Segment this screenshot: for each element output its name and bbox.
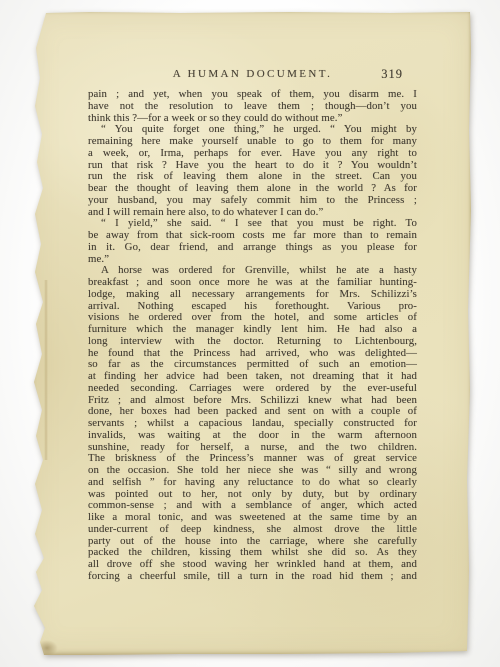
page-title: A HUMAN DOCUMENT. (88, 68, 417, 80)
text-line: on the occasion. She told her niece she … (88, 465, 417, 477)
text-line: needed seconding. Carriages were ordered… (88, 383, 417, 395)
text-line: like a moral tonic, and was sweetened at… (88, 512, 417, 524)
text-line: be away from that sick-room costs me far… (88, 230, 417, 242)
running-head: A HUMAN DOCUMENT. 319 (88, 68, 417, 82)
book-page: A HUMAN DOCUMENT. 319 pain ; and yet, wh… (30, 10, 472, 656)
text-line: all drove off she stood waving her wrink… (88, 559, 417, 571)
text-line: and selfish ” for having any reluctance … (88, 477, 417, 489)
paper-crease (44, 280, 48, 460)
text-line: breakfast ; and soon once more he was at… (88, 277, 417, 289)
text-line: invalids, was waiting at the door in the… (88, 430, 417, 442)
text-line: your husband, you may safely commit him … (88, 195, 417, 207)
text-line: in it. Go, dear friend, and arrange thin… (88, 242, 417, 254)
text-line: pain ; and yet, when you speak of them, … (88, 89, 417, 101)
text-line: a week, or, Irma, perhaps for ever. Have… (88, 148, 417, 160)
text-line: under-current of deep kindness, she almo… (88, 524, 417, 536)
text-line: bear the thought of leaving them alone i… (88, 183, 417, 195)
text-line: servants ; whilst a capacious landau, sp… (88, 418, 417, 430)
text-line: forcing a cheerful smile, till a turn in… (88, 571, 417, 583)
paper-tear-spot (36, 640, 58, 656)
text-line: lodge, making all necessary arrangements… (88, 289, 417, 301)
text-block: A HUMAN DOCUMENT. 319 pain ; and yet, wh… (88, 10, 417, 656)
text-line: have not the resolution to leave them ; … (88, 101, 417, 113)
text-line: long interview with the doctor. Returnin… (88, 336, 417, 348)
text-line: at finding her advice had been taken, no… (88, 371, 417, 383)
page-number: 319 (381, 67, 403, 82)
scan-background: A HUMAN DOCUMENT. 319 pain ; and yet, wh… (0, 0, 500, 667)
book-page-wrapper: A HUMAN DOCUMENT. 319 pain ; and yet, wh… (0, 0, 500, 667)
text-line: furniture which the manager kindly lent … (88, 324, 417, 336)
text-line: remaining here make yourself unable to g… (88, 136, 417, 148)
body-text: pain ; and yet, when you speak of them, … (88, 89, 417, 583)
